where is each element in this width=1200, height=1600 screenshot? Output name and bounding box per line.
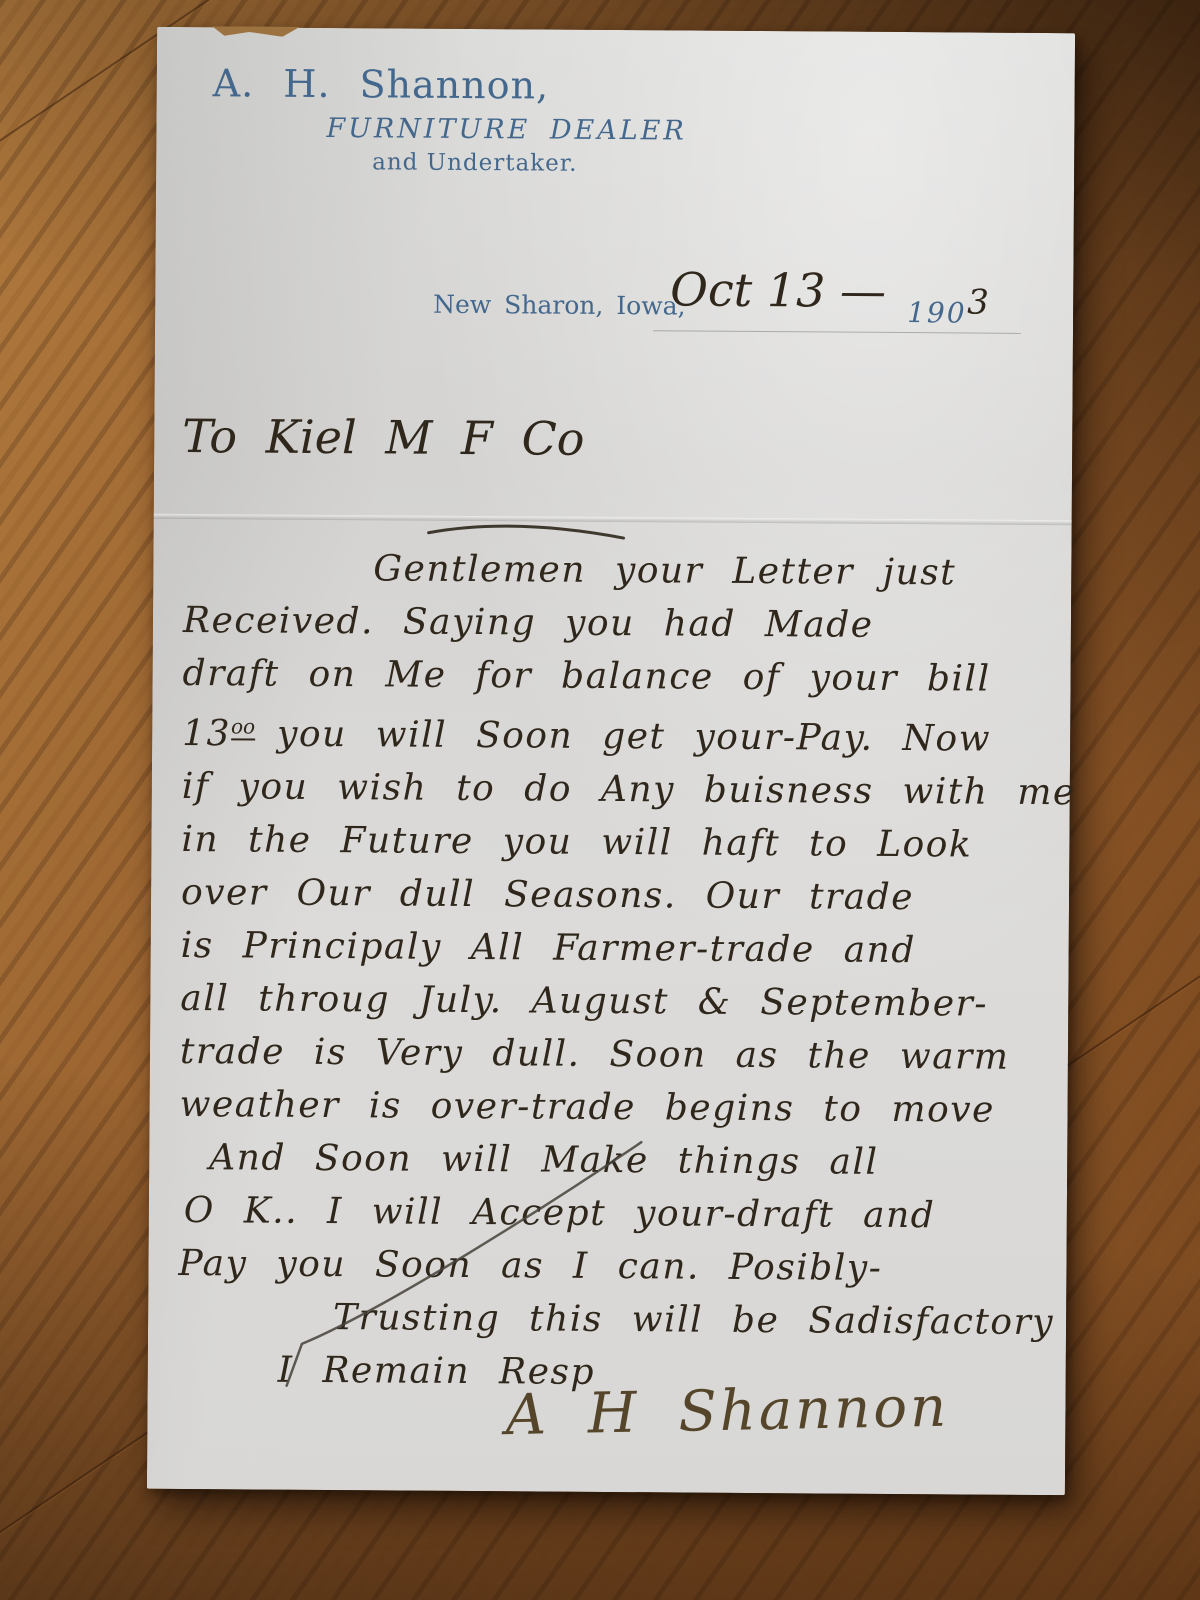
body-line: if you wish to do Any buisness with me [182,760,1052,819]
body-line: all throug July. August & September- [180,972,1050,1031]
closing-line: Trusting this will be Sadisfactory [178,1290,1048,1349]
signature: A H Shannon [505,1375,950,1449]
paper-tear [212,26,300,37]
dateline-date-handwritten: Oct 13 — [670,262,886,318]
body-line: Pay you Soon as I can. Posibly- [178,1237,1048,1296]
dateline-place: New Sharon, Iowa, [433,290,686,321]
dateline-year-printed: 190 [907,296,967,329]
recipient-line: To Kiel M F Co [182,409,585,466]
dateline-rule [653,330,1021,334]
body-line: Gentlemen your Letter just [183,541,1053,600]
body-line: weather is over-trade begins to move [179,1078,1049,1137]
fold-crease [154,514,1072,525]
amount-superscript: oo [231,714,255,740]
letterhead-name: A. H. Shannon, [213,61,550,107]
body-line-text: you will Soon get your-Pay. Now [277,714,991,760]
body-line: in the Future you will haft to Look [181,813,1051,872]
letterhead-business: FURNITURE DEALER [326,113,687,147]
body-line: over Our dull Seasons. Our trade [181,866,1051,925]
body-line-amount: 13ooyou will Soon get your-Pay. Now [182,700,1052,766]
amount-figure: 13 [182,713,231,754]
letter-body: Gentlemen your Letter just Received. Say… [178,541,1054,1402]
body-line: Received. Saying you had Made [183,594,1053,653]
dateline-year-handwritten: 3 [967,282,989,322]
photo-of-letter: A. H. Shannon, FURNITURE DEALER and Unde… [0,0,1200,1600]
body-line: And Soon will Make things all [179,1131,1049,1190]
letterhead-subtitle: and Undertaker. [372,149,578,176]
letter-paper: A. H. Shannon, FURNITURE DEALER and Unde… [147,27,1075,1495]
body-line: is Principaly All Farmer-trade and [181,919,1051,978]
body-line: trade is Very dull. Soon as the warm [180,1025,1050,1084]
body-line: draft on Me for balance of your bill [182,647,1052,706]
body-line: O K.. I will Accept your-draft and [179,1184,1049,1243]
